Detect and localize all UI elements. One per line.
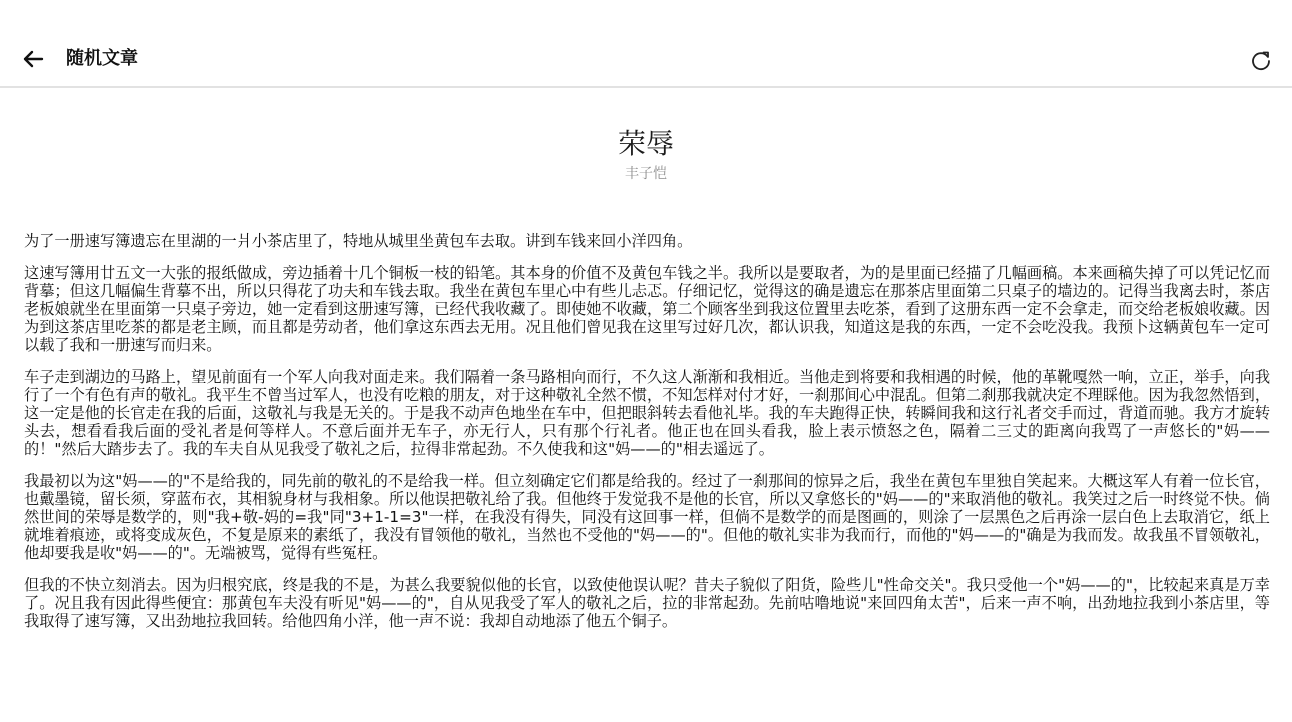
article-paragraph: 但我的不快立刻消去。因为归根究底，终是我的不是，为甚么我要貌似他的长官，以致使他… [24,576,1270,630]
arrow-left-icon [21,47,45,71]
article-paragraph: 我最初以为这"妈——的"不是给我的，同先前的敬礼的不是给我一样。但立刻确定它们都… [24,472,1270,562]
article-header: 荣辱 丰子恺 [0,124,1292,184]
app-title: 随机文章 [66,45,138,73]
article-paragraph: 为了一册速写簿遗忘在里湖的一爿小茶店里了，特地从城里坐黄包车去取。讲到车钱来回小… [24,232,1270,250]
article-title: 荣辱 [0,124,1292,164]
refresh-icon [1249,48,1273,72]
back-button[interactable] [18,44,48,74]
refresh-button[interactable] [1246,45,1276,75]
article-paragraph: 这速写簿用廿五文一大张的报纸做成，旁边插着十几个铜板一枝的铅笔。其本身的价值不及… [24,264,1270,354]
article-author: 丰子恺 [0,164,1292,184]
article-paragraph: 车子走到湖边的马路上，望见前面有一个军人向我对面走来。我们隔着一条马路相向而行，… [24,368,1270,458]
app-bar: 随机文章 [0,0,1292,88]
article-body: 为了一册速写簿遗忘在里湖的一爿小茶店里了，特地从城里坐黄包车去取。讲到车钱来回小… [24,232,1270,644]
